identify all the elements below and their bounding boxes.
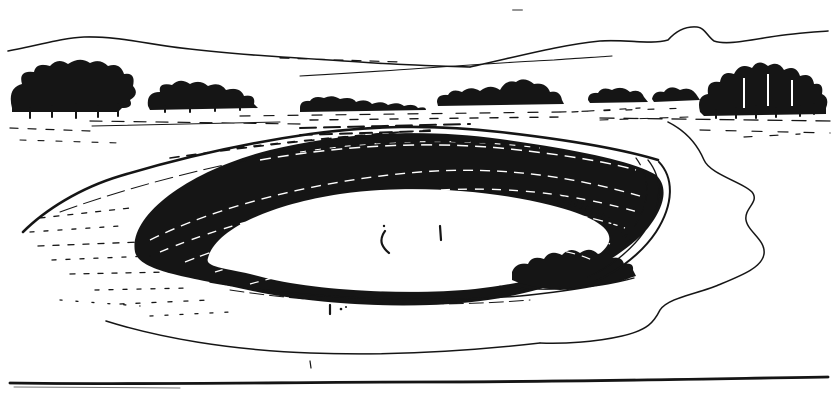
small-mark-dot [340,308,343,311]
engraving-canvas [0,0,831,395]
crater-engraving [0,0,831,395]
paper-background [0,0,831,395]
human-figure-standing [440,226,441,240]
small-mark-dot [345,306,347,308]
human-figure-head [383,225,385,227]
